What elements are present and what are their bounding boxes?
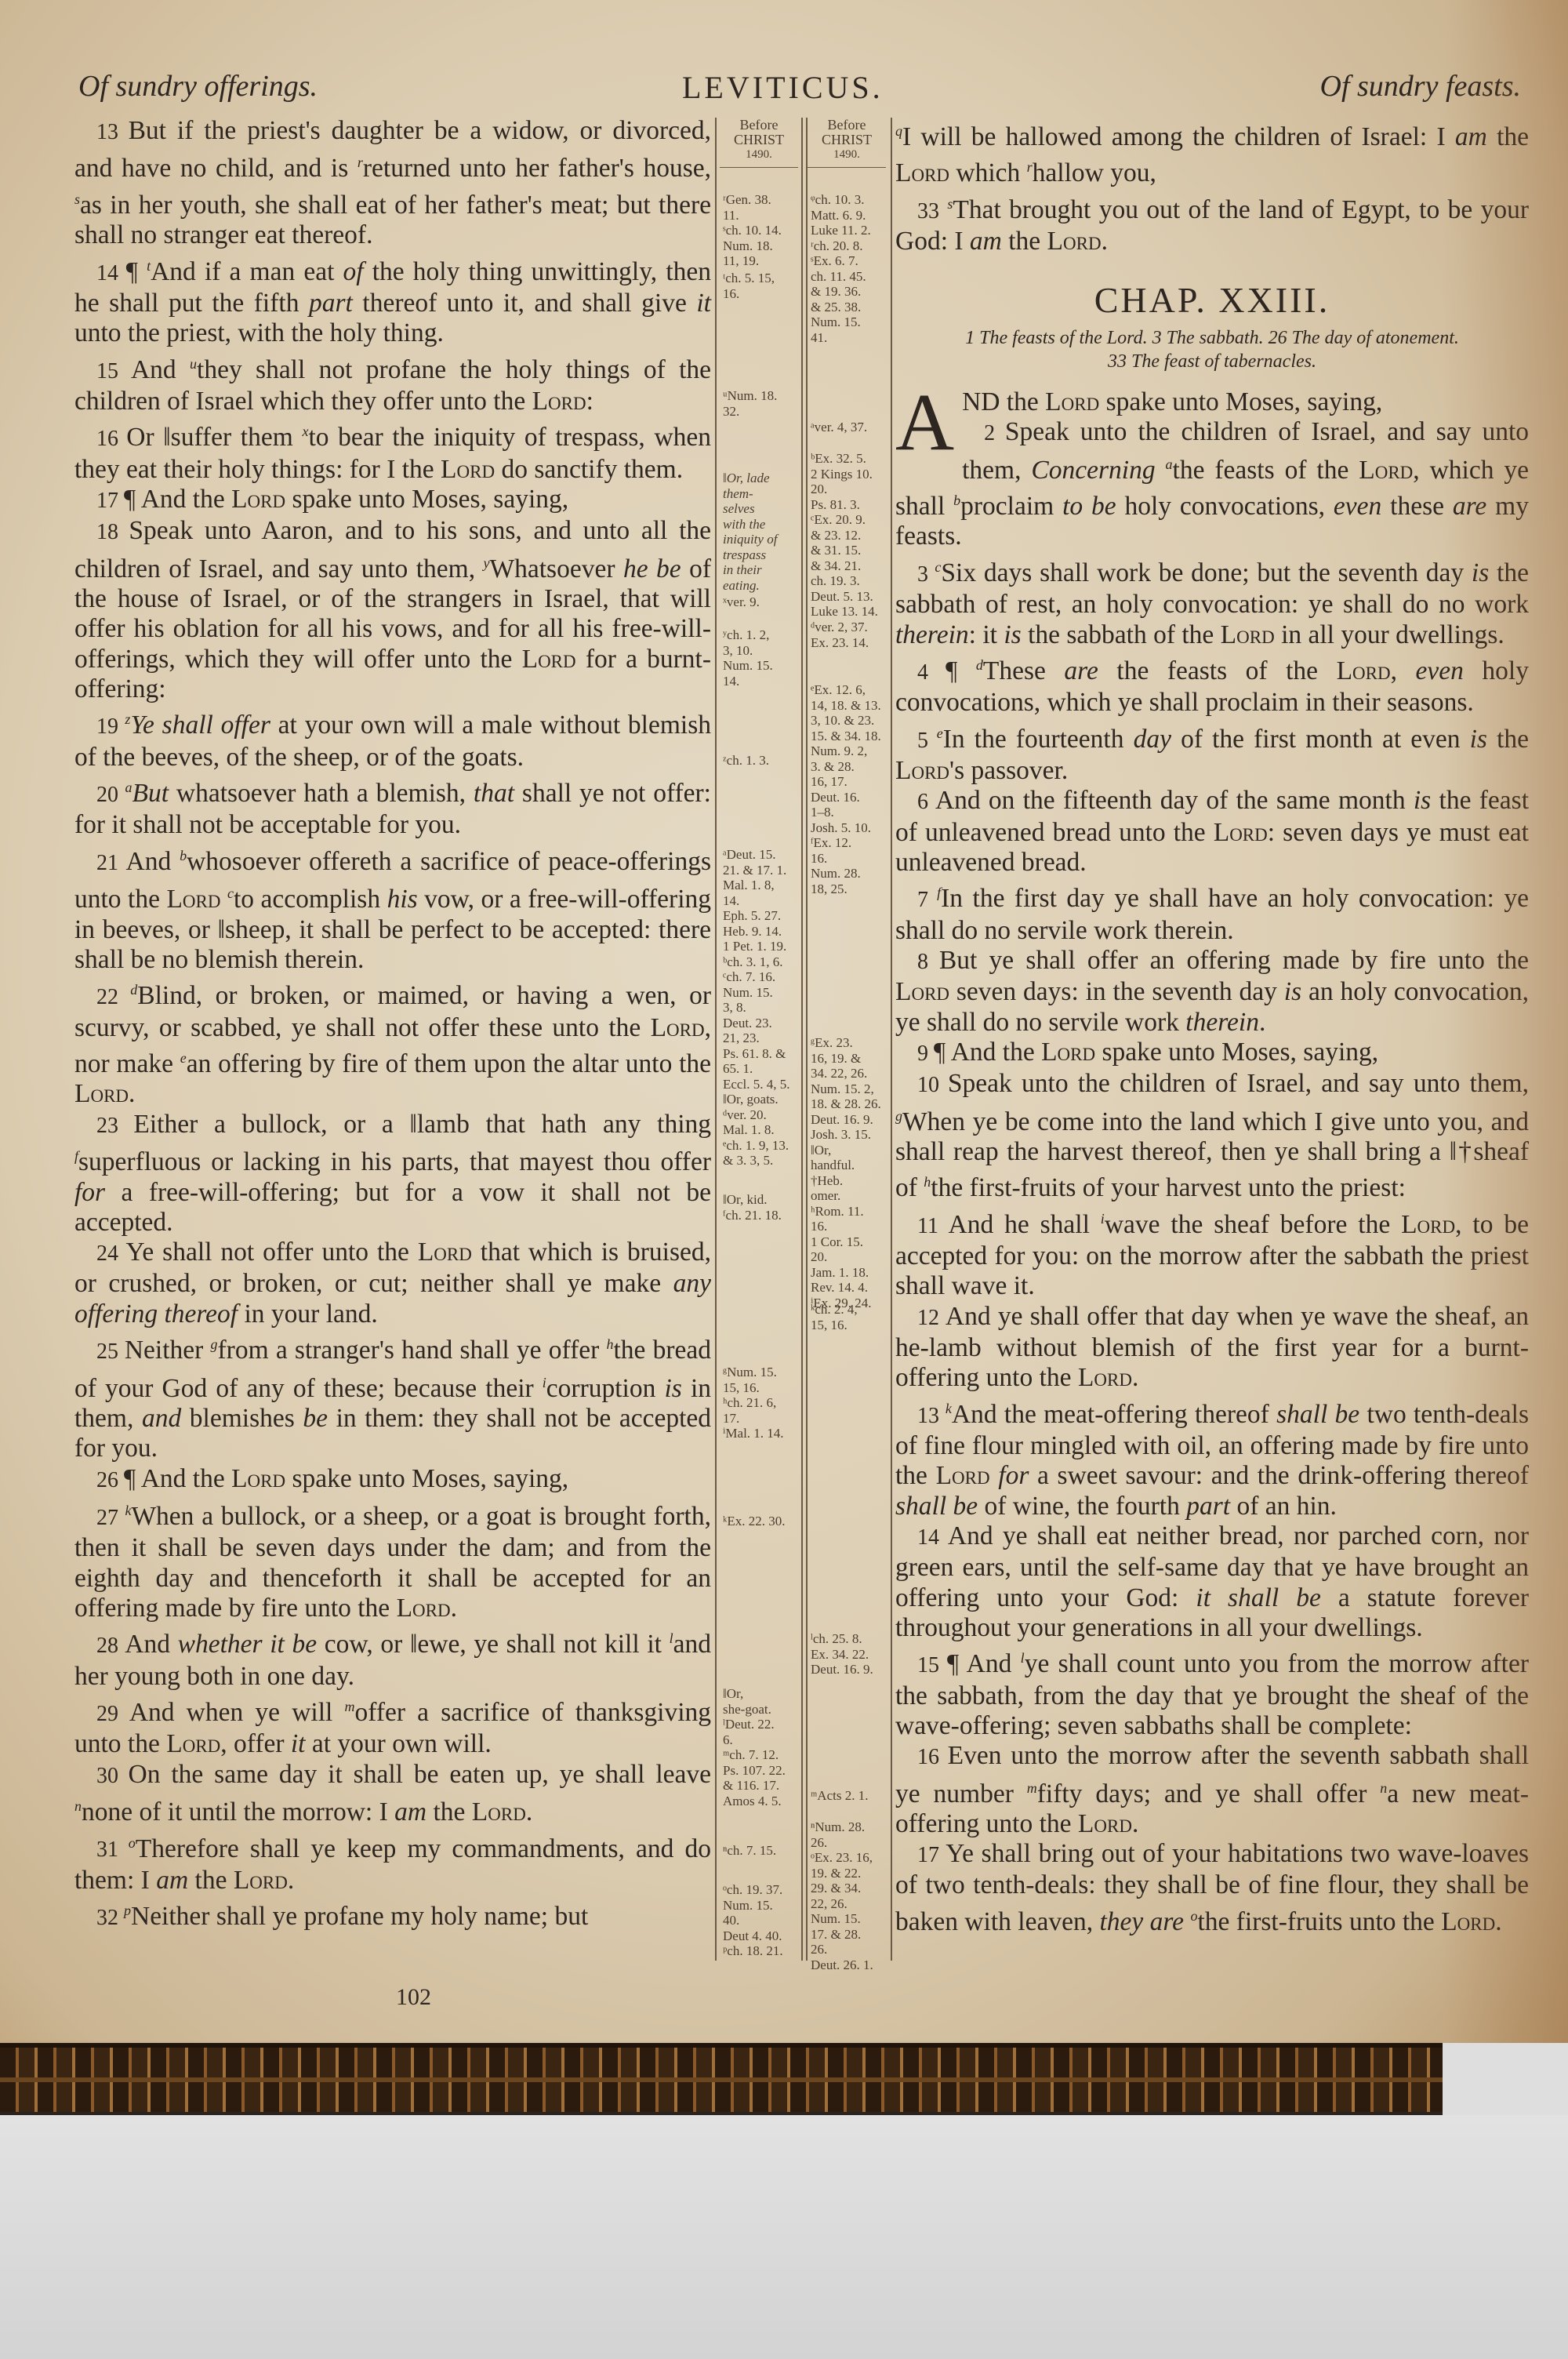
verse: 7 fIn the first day ye shall have an hol… bbox=[895, 878, 1529, 946]
column-rule bbox=[806, 118, 808, 1961]
verse-number: 15 bbox=[96, 359, 131, 383]
page-number: 102 bbox=[396, 1984, 431, 2011]
verse-text: zYe shall offer at your own will a male … bbox=[74, 711, 711, 771]
verse-number: 15 bbox=[917, 1653, 947, 1677]
verse-text: kAnd the meat-offering thereof shall be … bbox=[895, 1400, 1529, 1521]
verse: 14 ¶ tAnd if a man eat of the holy thing… bbox=[74, 251, 711, 349]
drop-cap: A bbox=[895, 391, 954, 455]
verse-text: ¶ And lye shall count unto you from the … bbox=[895, 1649, 1529, 1740]
verse: 31 oTherefore shall ye keep my commandme… bbox=[74, 1827, 711, 1896]
verse: 21 And bwhosoever offereth a sacrifice o… bbox=[74, 841, 711, 976]
verse-text: sThat brought you out of the land of Egy… bbox=[895, 195, 1529, 256]
margin-reference: ᵒch. 19. 37. Num. 15. 40. Deut 4. 40. ᵖc… bbox=[723, 1882, 801, 1959]
verse-number: 20 bbox=[96, 783, 125, 807]
verse-number: 2 bbox=[984, 421, 1005, 445]
verse-text: But ye shall offer an offering made by f… bbox=[895, 946, 1529, 1037]
verse-continuation: qI will be hallowed among the children o… bbox=[895, 116, 1529, 189]
margin-reference: ˣver. 9. bbox=[723, 594, 801, 610]
margin-date-header: Before CHRIST 1490. bbox=[720, 118, 798, 168]
margin-reference: ᵏEx. 22. 30. bbox=[723, 1514, 801, 1529]
verse: 14 And ye shall eat neither bread, nor p… bbox=[895, 1521, 1529, 1643]
verse: 8 But ye shall offer an offering made by… bbox=[895, 946, 1529, 1038]
verse-number: 5 bbox=[917, 729, 937, 753]
verse: 33 sThat brought you out of the land of … bbox=[895, 189, 1529, 257]
verse-number: 26 bbox=[96, 1468, 124, 1492]
verse-text: Ye shall not offer unto the Lord that wh… bbox=[74, 1238, 711, 1329]
margin-reference: ‖Or, lade them- selves with the iniquity… bbox=[723, 471, 801, 593]
verse-number: 13 bbox=[917, 1404, 946, 1428]
verse-number: 31 bbox=[96, 1838, 129, 1863]
verse-text: And on the fifteenth day of the same mon… bbox=[895, 786, 1529, 877]
verse-text: And ye shall offer that day when ye wave… bbox=[895, 1302, 1529, 1393]
verse: 12 And ye shall offer that day when ye w… bbox=[895, 1302, 1529, 1394]
verse-number: 3 bbox=[917, 562, 935, 587]
margin-reference: ʸch. 1. 2, 3, 10. Num. 15. 14. bbox=[723, 627, 801, 689]
verse-number: 16 bbox=[96, 427, 126, 451]
verse-text: And bwhosoever offereth a sacrifice of p… bbox=[74, 847, 711, 974]
verse-text: And he shall iwave the sheaf before the … bbox=[895, 1210, 1529, 1301]
verse-number: 29 bbox=[96, 1702, 129, 1726]
margin-reference: ᵗch. 5. 15, 16. bbox=[723, 271, 801, 301]
verse: 17 Ye shall bring out of your habitation… bbox=[895, 1839, 1529, 1937]
margin-reference: ᵠch. 10. 3. Matt. 6. 9. Luke 11. 2. ʳch.… bbox=[811, 192, 889, 345]
verse-number: 27 bbox=[96, 1506, 125, 1530]
column-rule bbox=[801, 118, 803, 1961]
verse: 16 Even unto the morrow after the sevent… bbox=[895, 1741, 1529, 1839]
margin-reference: ᵇEx. 32. 5. 2 Kings 10. 20. Ps. 81. 3. ᶜ… bbox=[811, 451, 889, 620]
verse: 9 ¶ And the Lord spake unto Moses, sayin… bbox=[895, 1038, 1529, 1069]
verse-text: ¶ And the Lord spake unto Moses, saying, bbox=[124, 1464, 568, 1493]
margin-year: 1490. bbox=[808, 147, 886, 162]
verse: 29 And when ye will moffer a sacrifice o… bbox=[74, 1692, 711, 1760]
margin-reference: ᵘNum. 18. 32. bbox=[723, 388, 801, 419]
verse: 28 And whether it be cow, or ‖ewe, ye sh… bbox=[74, 1623, 711, 1692]
verse-number: 19 bbox=[96, 714, 125, 739]
verse-text: cSix days shall work be done; but the se… bbox=[895, 558, 1529, 649]
verse-number: 30 bbox=[96, 1764, 129, 1788]
verse-number: 4 bbox=[917, 660, 946, 685]
verse: 11 And he shall iwave the sheaf before t… bbox=[895, 1204, 1529, 1302]
verse-text: Neither gfrom a stranger's hand shall ye… bbox=[74, 1336, 711, 1463]
verse: 20 aBut whatsoever hath a blemish, that … bbox=[74, 772, 711, 841]
verse-number: 7 bbox=[917, 888, 937, 912]
verse-text: And whether it be cow, or ‖ewe, ye shall… bbox=[74, 1630, 711, 1690]
verse-text: Speak unto Aaron, and to his sons, and u… bbox=[74, 516, 711, 703]
verse-text: On the same day it shall be eaten up, ye… bbox=[74, 1760, 711, 1826]
decorative-border bbox=[0, 2043, 1443, 2120]
verse: 18 Speak unto Aaron, and to his sons, an… bbox=[74, 516, 711, 704]
verse-text: Speak unto the children of Israel, and s… bbox=[895, 1069, 1529, 1202]
verse-number: 22 bbox=[96, 985, 130, 1009]
verse-text: And when ye will moffer a sacrifice of t… bbox=[74, 1698, 711, 1758]
verse-number: 13 bbox=[96, 120, 129, 144]
verse-list: 2 Speak unto the children of Israel, and… bbox=[895, 417, 1529, 1937]
verse: 17 ¶ And the Lord spake unto Moses, sayi… bbox=[74, 485, 711, 516]
verse-number: 32 bbox=[96, 1906, 124, 1930]
margin-reference: ᵍNum. 15. 15, 16. ʰch. 21. 6, 17. ⁱMal. … bbox=[723, 1365, 801, 1441]
verse-text: And ye shall eat neither bread, nor parc… bbox=[895, 1521, 1529, 1642]
background-surface bbox=[1443, 2043, 1568, 2115]
verse-text: ¶ dThese are the feasts of the Lord, eve… bbox=[895, 656, 1529, 717]
verse: 4 ¶ dThese are the feasts of the Lord, e… bbox=[895, 650, 1529, 718]
margin-reference: ⁿch. 7. 15. bbox=[723, 1843, 801, 1859]
verse-text: ¶ And the Lord spake unto Moses, saying, bbox=[124, 485, 568, 514]
verse-number: 25 bbox=[96, 1339, 125, 1364]
running-head-left: Of sundry offerings. bbox=[78, 69, 318, 104]
verse-number: 33 bbox=[917, 199, 939, 224]
right-text-column: qI will be hallowed among the children o… bbox=[895, 116, 1529, 1937]
margin-reference: ʳGen. 38. 11. ˢch. 10. 14. Num. 18. 11, … bbox=[723, 192, 801, 269]
verse: 26 ¶ And the Lord spake unto Moses, sayi… bbox=[74, 1464, 711, 1496]
verse-number: 16 bbox=[917, 1745, 948, 1769]
chapter-summary-line: 33 The feast of tabernacles. bbox=[895, 350, 1529, 373]
verse-number: 24 bbox=[96, 1241, 126, 1266]
verse-number: 14 bbox=[96, 261, 126, 285]
verse: 5 eIn the fourteenth day of the first mo… bbox=[895, 718, 1529, 787]
margin-references-right: Before CHRIST 1490. ᵠch. 10. 3. Matt. 6.… bbox=[808, 118, 886, 182]
verse-number: 12 bbox=[917, 1306, 946, 1330]
verse: 13 But if the priest's daughter be a wid… bbox=[74, 116, 711, 251]
verse-number: 8 bbox=[917, 950, 939, 974]
verse: 15 And uthey shall not profane the holy … bbox=[74, 349, 711, 417]
margin-reference: ‖Or, kid. ᶠch. 21. 18. bbox=[723, 1192, 801, 1223]
verse-text: Or ‖suffer them xto bear the iniquity of… bbox=[74, 423, 711, 483]
verse: 15 ¶ And lye shall count unto you from t… bbox=[895, 1643, 1529, 1741]
verse: 10 Speak unto the children of Israel, an… bbox=[895, 1069, 1529, 1204]
margin-reference: ᵉEx. 12. 6, 14, 18. & 13. 3, 10. & 23. 1… bbox=[811, 682, 889, 896]
verse-number: 11 bbox=[917, 1214, 949, 1238]
verse-text: Even unto the morrow after the seventh s… bbox=[895, 1741, 1529, 1838]
verse-number: 17 bbox=[96, 489, 124, 513]
running-head-right: Of sundry feasts. bbox=[1320, 69, 1522, 104]
verse-number: 14 bbox=[917, 1525, 948, 1550]
verse-text: And uthey shall not profane the holy thi… bbox=[74, 355, 711, 416]
verse-text: But if the priest's daughter be a widow,… bbox=[74, 116, 711, 249]
margin-reference: ᵐActs 2. 1. bbox=[811, 1788, 889, 1804]
verse-text: Either a bullock, or a ‖lamb that hath a… bbox=[74, 1110, 711, 1237]
column-rule bbox=[715, 118, 717, 1961]
verse-text: ¶ And the Lord spake unto Moses, saying, bbox=[934, 1038, 1378, 1067]
running-head-book-title: LEVITICUS. bbox=[682, 69, 884, 106]
verse-number: 23 bbox=[96, 1114, 133, 1138]
verse: 24 Ye shall not offer unto the Lord that… bbox=[74, 1238, 711, 1329]
chapter-summary-line: 1 The feasts of the Lord. 3 The sabbath.… bbox=[895, 326, 1529, 350]
margin-reference: ᵃver. 4, 37. bbox=[811, 420, 889, 435]
verse-text: aBut whatsoever hath a blemish, that sha… bbox=[74, 779, 711, 839]
verse-text: oTherefore shall ye keep my commandments… bbox=[74, 1834, 711, 1895]
margin-christ-label: CHRIST bbox=[720, 133, 798, 147]
verse-number: 9 bbox=[917, 1041, 934, 1066]
verse-number: 6 bbox=[917, 790, 935, 814]
margin-reference: ᵍEx. 23. 16, 19. & 34. 22, 26. Num. 15. … bbox=[811, 1035, 889, 1310]
verse: 13 kAnd the meat-offering thereof shall … bbox=[895, 1394, 1529, 1521]
verse: 30 On the same day it shall be eaten up,… bbox=[74, 1760, 711, 1828]
verse-number: 18 bbox=[96, 520, 129, 544]
margin-reference: ᵈver. 2, 37. Ex. 23. 14. bbox=[811, 620, 889, 650]
background-surface bbox=[0, 2115, 1568, 2359]
verse-text: Ye shall bring out of your habitations t… bbox=[895, 1839, 1529, 1936]
verse-number: 21 bbox=[96, 851, 126, 875]
verse-text: dBlind, or broken, or maimed, or having … bbox=[74, 981, 711, 1108]
verse-text: kWhen a bullock, or a sheep, or a goat i… bbox=[74, 1502, 711, 1623]
margin-reference: ᵃDeut. 15. 21. & 17. 1. Mal. 1. 8, 14. E… bbox=[723, 847, 801, 1169]
verse: 25 Neither gfrom a stranger's hand shall… bbox=[74, 1329, 711, 1464]
left-text-column: 13 But if the priest's daughter be a wid… bbox=[74, 116, 711, 1934]
chapter-summary: 1 The feasts of the Lord. 3 The sabbath.… bbox=[895, 326, 1529, 373]
verse-number: 10 bbox=[917, 1073, 948, 1097]
margin-before-label: Before bbox=[808, 118, 886, 133]
verse-text: ¶ tAnd if a man eat of the holy thing un… bbox=[74, 257, 711, 348]
verse: 3 cSix days shall work be done; but the … bbox=[895, 552, 1529, 650]
verse: 32 pNeither shall ye profane my holy nam… bbox=[74, 1896, 711, 1933]
verse: 23 Either a bullock, or a ‖lamb that hat… bbox=[74, 1110, 711, 1238]
verse-number: 28 bbox=[96, 1634, 125, 1658]
column-rule bbox=[891, 118, 892, 1961]
margin-christ-label: CHRIST bbox=[808, 133, 886, 147]
margin-reference: ‖Or, she-goat. ˡDeut. 22. 6. ᵐch. 7. 12.… bbox=[723, 1686, 801, 1808]
verse: 27 kWhen a bullock, or a sheep, or a goa… bbox=[74, 1496, 711, 1623]
verse: 19 zYe shall offer at your own will a ma… bbox=[74, 704, 711, 772]
chapter-title: CHAP. XXIII. bbox=[895, 285, 1529, 315]
margin-references-left: Before CHRIST 1490. ʳGen. 38. 11. ˢch. 1… bbox=[720, 118, 798, 182]
margin-reference: ˡch. 25. 8. Ex. 34. 22. Deut. 16. 9. bbox=[811, 1631, 889, 1677]
verse: 16 Or ‖suffer them xto bear the iniquity… bbox=[74, 416, 711, 485]
verse-text: ND the Lord spake unto Moses, saying, bbox=[962, 387, 1382, 416]
book-page: Of sundry offerings. LEVITICUS. Of sundr… bbox=[0, 0, 1568, 2070]
verse: 22 dBlind, or broken, or maimed, or havi… bbox=[74, 975, 711, 1110]
margin-reference: ⁿNum. 28. 26. ᵒEx. 23. 16, 19. & 22. 29.… bbox=[811, 1819, 889, 1972]
verse: 6 And on the fifteenth day of the same m… bbox=[895, 786, 1529, 878]
verse-number: 17 bbox=[917, 1843, 946, 1867]
verse-text: eIn the fourteenth day of the first mont… bbox=[895, 725, 1529, 785]
margin-reference: ᶻch. 1. 3. bbox=[723, 753, 801, 769]
margin-date-header: Before CHRIST 1490. bbox=[808, 118, 886, 168]
verse-text: pNeither shall ye profane my holy name; … bbox=[124, 1902, 588, 1931]
margin-reference: ᵏch. 2. 4, 15, 16. bbox=[811, 1302, 889, 1332]
verse-text: fIn the first day ye shall have an holy … bbox=[895, 884, 1529, 944]
verse: AND the Lord spake unto Moses, saying, bbox=[895, 387, 1529, 417]
margin-before-label: Before bbox=[720, 118, 798, 133]
margin-year: 1490. bbox=[720, 147, 798, 162]
verse: 2 Speak unto the children of Israel, and… bbox=[895, 417, 1529, 552]
